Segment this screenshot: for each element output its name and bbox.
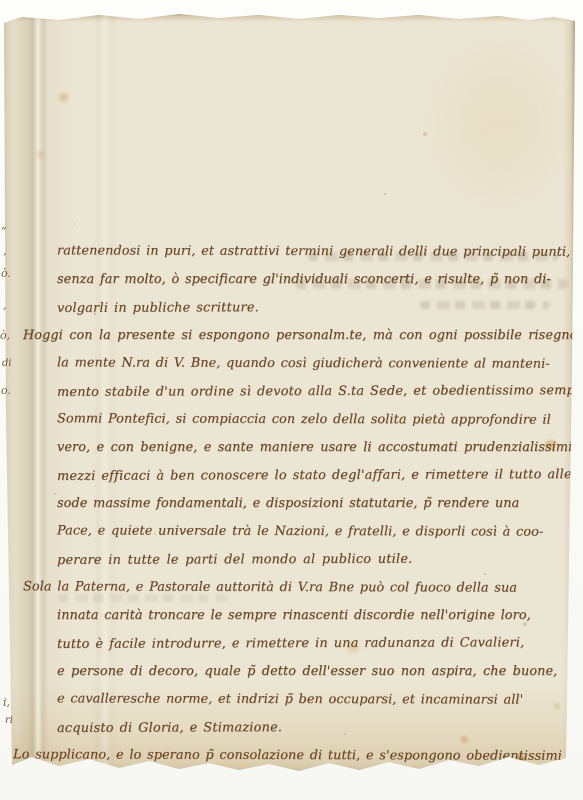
manuscript-line: mento stabile d'un ordine sì devoto alla… xyxy=(57,377,569,407)
paper-stain xyxy=(424,33,574,213)
manuscript-line: acquisto di Gloria, e Stimazione. xyxy=(57,713,569,743)
manuscript-line: volgarli in publiche scritture. xyxy=(57,293,569,323)
manuscript-line: perare in tutte le parti del mondo al pu… xyxy=(57,545,569,575)
manuscript-line: tutto è facile introdurre, e rimettere i… xyxy=(57,629,569,659)
manuscript-line: sode massime fondamentali, e disposizion… xyxy=(57,490,569,518)
manuscript-line: mezzi efficaci à ben conoscere lo stato … xyxy=(57,461,569,491)
manuscript-line: rattenendosi in puri, et astrattivi term… xyxy=(57,237,569,266)
manuscript-line: Sola la Paterna, e Pastorale auttorità d… xyxy=(23,573,569,602)
manuscript-paper: rattenendosi in puri, et astrattivi term… xyxy=(4,13,576,775)
manuscript-line: innata carità troncare le sempre rinasce… xyxy=(57,602,569,630)
manuscript-line: la mente N.ra di V. Bne, quando così giu… xyxy=(57,349,569,378)
manuscript-line: e cavalleresche norme, et indrizi p̃ ben… xyxy=(57,685,569,714)
paper-stain xyxy=(59,93,68,102)
manuscript-line: Pace, e quiete universale trà le Nazioni… xyxy=(57,517,569,546)
manuscript-line: vero, e con benigne, e sante maniere usa… xyxy=(57,434,569,462)
paper-stain xyxy=(37,151,44,158)
manuscript-line: Sommi Pontefici, si compiaccia con zelo … xyxy=(57,405,569,434)
manuscript-line: e persone di decoro, quale p̃ detto dell… xyxy=(57,658,569,686)
manuscript-line: Hoggi con la presente si espongono perso… xyxy=(23,322,569,350)
paper-fold-crease xyxy=(28,13,48,775)
manuscript-line: senza far molto, ò specificare gl'indivi… xyxy=(57,266,569,294)
manuscript-text-block: rattenendosi in puri, et astrattivi term… xyxy=(57,238,569,770)
